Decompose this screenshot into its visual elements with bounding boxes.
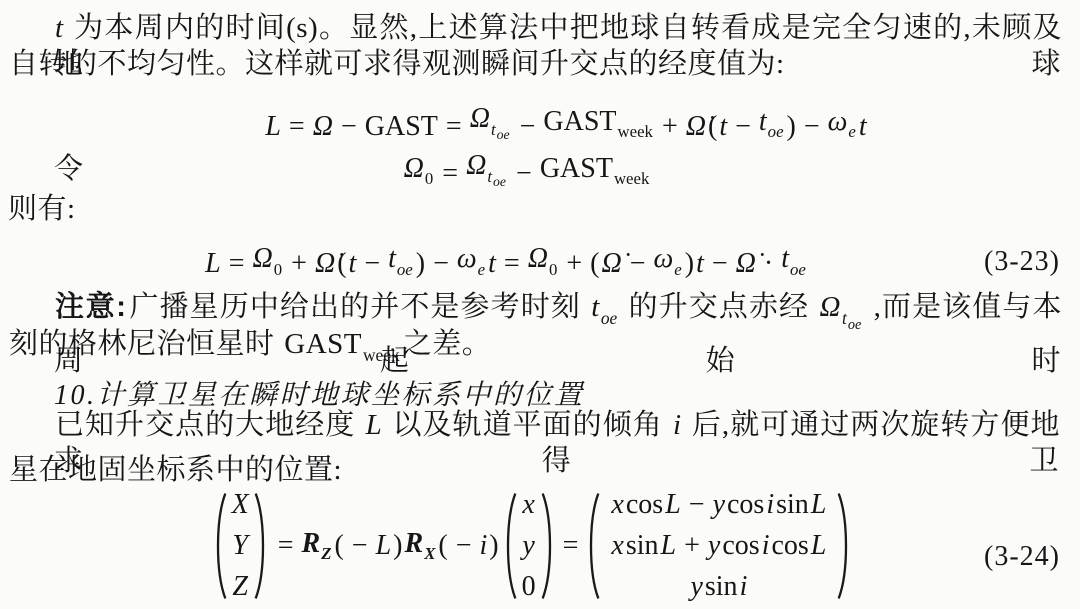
token: = [497,246,527,282]
token: week [617,122,654,141]
subscript: e [673,260,682,279]
rparen-icon [540,484,556,608]
token: cos [625,489,664,520]
token: i [761,530,771,561]
token: 自转的不均匀性。这样就可求得观测瞬间升交点的经度值为: [8,48,786,80]
subscript: 0 [548,260,558,279]
token: x [521,489,535,520]
token: y [712,489,726,520]
token: y [521,530,535,561]
subscript: e [477,260,486,279]
token: L [810,489,828,520]
token: 注意: [54,291,128,323]
token: L [365,409,384,441]
token: oe [396,260,414,279]
token: 的升交点赤经 [619,291,818,323]
token: toe [590,291,619,323]
result-column: xcosL−ycosisinLxsinL+ycosicosLysini [601,490,836,602]
matrix-cell: 0 [521,572,537,602]
subscript: oe [847,317,862,333]
subscript: toe [490,120,512,139]
lparen-icon [212,484,228,608]
token: ) [786,109,797,145]
subscript: week [613,169,650,188]
formula-3-23: L=Ω0+Ω̇(t−toe)−ωet=Ω0+(Ω̇−ωe)t−Ω̇·toe [0,241,1046,288]
token: 刻的格林尼治恒星时 [8,328,283,360]
token: oe [600,308,618,328]
token: ( [707,109,718,145]
token: − [705,246,735,282]
xyz-column: XYZ [228,490,253,602]
token: = [282,109,312,145]
token: 之差。 [402,328,493,360]
token: y [689,571,703,602]
token: cos [770,530,809,561]
subscript: week [362,345,401,365]
matrix-cell: y [521,531,535,561]
token: L [264,109,282,145]
token: ) [392,530,403,562]
matrix-cell: xcosL−ycosisinL [604,490,833,520]
rparen-icon [253,484,269,608]
lparen-icon [502,484,518,608]
subscript: oe [789,260,807,279]
token: t [54,12,65,44]
token: − [426,246,456,282]
xy0-vector: xy0 [502,484,556,608]
token: ) [488,530,499,562]
matrix-cell: ysini [683,572,754,602]
matrix-cell: Y [231,531,249,561]
token: e [847,122,856,141]
token: Ω0 [252,241,285,288]
matrix-cell: X [231,490,250,520]
token: GASTweek [542,104,655,151]
result-vector: xcosL−ycosisinLxsinL+ycosicosLysini [585,484,852,608]
subscript: e [847,122,856,141]
token: Ωtoe [819,291,865,323]
token: 0 [273,260,283,279]
token: oe [496,127,511,142]
equation-label-3-23: (3-23) [984,246,1060,278]
token: y [707,530,721,561]
token: 已知升交点的大地经度 [54,409,365,441]
token: L [375,530,393,562]
token: t [718,109,728,145]
token: toe [758,104,786,151]
token: toe [387,241,415,288]
subscript: oe [600,308,618,328]
token: Z [320,544,332,563]
token: 0 [548,260,558,279]
token: L [204,246,222,282]
token: Ω̇ [314,246,336,282]
token: ωe [827,104,858,151]
token: i [479,530,489,562]
subscript: week [617,122,654,141]
token: + [559,246,589,282]
token: GAST [364,109,439,145]
token: Z [231,571,249,602]
token: − [513,109,543,145]
subscript: oe [396,260,414,279]
token: = [435,156,465,192]
formula-3-24: XYZ =RZ(−L)RX(−i) xy0 = xcosL−ycosisinLx… [0,484,1072,608]
token: 以及轨道平面的倾角 [383,409,672,441]
scanned-book-page: t 为本周内的时间(s)。显然,上述算法中把地球自转看成是完全匀速的,未顾及地球… [0,0,1080,609]
token: i [739,571,749,602]
token: RZ [301,528,334,565]
token: 星在地固坐标系中的位置: [8,454,343,486]
subscript: oe [767,122,785,141]
token: − [682,489,712,520]
lparen-icon [585,484,601,608]
token: oe [847,317,862,333]
token: sin [775,489,810,520]
matrix-cell: Z [231,572,249,602]
token: 0 [521,571,537,602]
subscript: X [423,544,436,563]
token: − [728,109,758,145]
token: + [655,109,685,145]
token: ( [437,530,448,562]
token: Ω̇ [735,246,757,282]
token: week [613,169,650,188]
token: ( [336,246,347,282]
token: ωe [653,241,684,288]
token: Ω̇ [685,109,707,145]
subscript: Z [320,544,332,563]
equals-sign: = [556,530,586,562]
token: sin [625,530,660,561]
token: + [284,246,314,282]
token: toe [841,308,863,328]
token: t [695,246,705,282]
token: t [348,246,358,282]
token: X [231,489,250,520]
token: toe [486,167,508,186]
token: − [345,530,375,562]
paragraph2-line2: 星在地固坐标系中的位置: [8,452,343,488]
xyz-vector: XYZ [212,484,269,608]
token: − [334,109,364,145]
subscript: oe [492,174,507,189]
token: − [449,530,479,562]
token: 广播星历中给出的并不是参考时刻 [128,291,590,323]
token: − [357,246,387,282]
xy0-column: xy0 [518,490,540,602]
rparen-icon [836,484,852,608]
token: e [477,260,486,279]
token: cos [721,530,760,561]
token: ( [333,530,344,562]
token: x [610,489,624,520]
token: oe [767,122,785,141]
token: = [271,530,301,562]
token: e [673,260,682,279]
token: · [757,246,780,282]
formula-longitude: L=Ω−GAST=Ωtoe−GASTweek+Ω̇(t−toe)−ωet [26,101,1080,153]
rotation-operators: =RZ(−L)RX(−i) [269,528,502,565]
token: RX [404,528,438,565]
token: ) [684,246,695,282]
token: = [222,246,252,282]
token: GASTweek [283,328,401,360]
token: t [487,246,497,282]
token: toe [780,241,808,288]
token: L [660,530,678,561]
subscript: toe [486,167,508,186]
token: ) [415,246,426,282]
token: = [439,109,469,145]
subscript: toe [841,308,863,328]
token: − [797,109,827,145]
token: + [677,530,707,561]
token: cos [726,489,765,520]
token: Ω0 [403,151,436,198]
token: GASTweek [539,151,652,198]
token: oe [789,260,807,279]
token: X [423,544,436,563]
token: Y [231,530,249,561]
token: oe [492,174,507,189]
token: toe [490,120,512,139]
formula-omega0-definition: Ω0=Ωtoe−GASTweek [0,148,1067,200]
token: x [610,530,624,561]
matrix-cell: x [521,490,535,520]
token: ( [589,246,600,282]
token: − [623,246,653,282]
token: L [810,530,828,561]
then-label: 则有: [8,191,76,227]
token: Ωtoe [469,101,513,153]
token: sin [704,571,739,602]
subscript: 0 [424,169,434,188]
subscript: oe [496,127,511,142]
token: i [765,489,775,520]
matrix-cell: xsinL+ycosicosL [604,531,833,561]
token: Ω0 [527,241,560,288]
equation-label-3-24: (3-24) [984,541,1060,573]
token: 0 [424,169,434,188]
token: week [362,345,401,365]
token: Ωtoe [465,148,509,200]
token: t [858,109,868,145]
note-line2: 刻的格林尼治恒星时 GASTweek之差。 [8,326,492,373]
subscript: 0 [273,260,283,279]
token: Ω̇ [600,246,622,282]
token: i [672,409,683,441]
paragraph1-line2: 自转的不均匀性。这样就可求得观测瞬间升交点的经度值为: [8,46,786,82]
token: ωe [456,241,487,288]
token: − [509,156,539,192]
token: L [664,489,682,520]
token: Ω [312,109,334,145]
